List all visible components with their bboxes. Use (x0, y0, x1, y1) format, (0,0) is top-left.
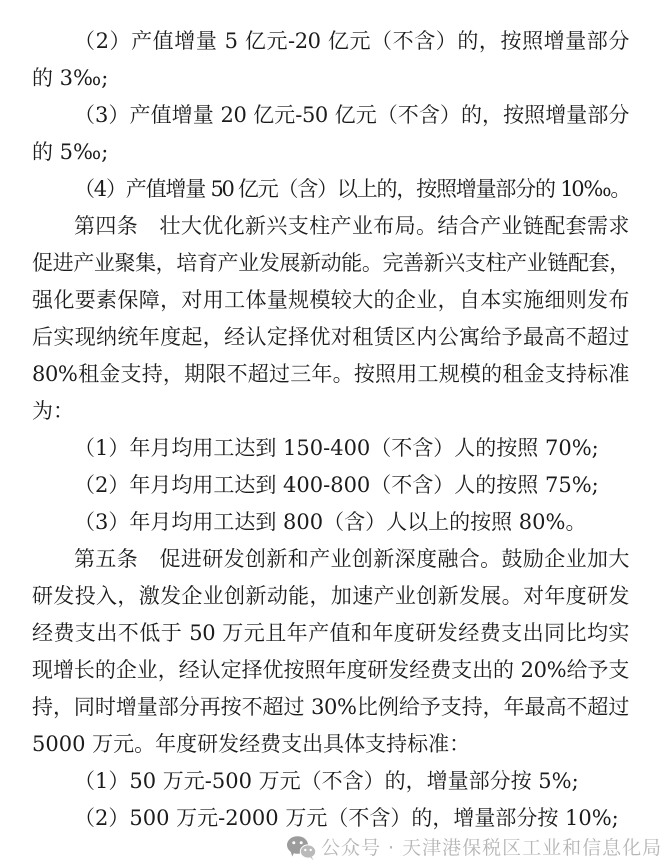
text-line: 的 3‰; (32, 60, 629, 97)
paragraph-article-5-item-2: （2）500 万元-2000 万元（不含）的，增量部分按 10%; (32, 800, 629, 837)
paragraph-clause-item-2: （2）产值增量 5 亿元-20 亿元（不含）的，按照增量部分的 3‰; (32, 23, 629, 97)
text-line: 第四条 壮大优化新兴支柱产业布局。结合产业链配套需求 (32, 208, 629, 245)
paragraph-article-4: 第四条 壮大优化新兴支柱产业布局。结合产业链配套需求促进产业聚集，培育产业发展新… (32, 208, 629, 430)
paragraph-article-5: 第五条 促进研发创新和产业创新深度融合。鼓励企业加大研发投入，激发企业创新动能，… (32, 541, 629, 763)
document-page: （2）产值增量 5 亿元-20 亿元（不含）的，按照增量部分的 3‰;（3）产值… (0, 0, 669, 866)
text-line: 研发投入，激发企业创新动能，加速产业创新发展。对年度研发 (32, 578, 629, 615)
watermark-text: 公众号 · 天津港保税区工业和信息化局 (321, 835, 662, 861)
paragraph-article-5-item-1: （1）50 万元-500 万元（不含）的，增量部分按 5%; (32, 763, 629, 800)
text-line: 为： (32, 393, 629, 430)
text-line: （1）50 万元-500 万元（不含）的，增量部分按 5%; (32, 763, 629, 800)
wechat-icon (286, 835, 316, 861)
text-line: 的 5‰; (32, 134, 629, 171)
text-line: （4）产值增量 50 亿元（含）以上的，按照增量部分的 10‰。 (32, 171, 629, 208)
text-line: （2）500 万元-2000 万元（不含）的，增量部分按 10%; (32, 800, 629, 837)
text-line: （1）年月均用工达到 150-400（不含）人的按照 70%; (32, 430, 629, 467)
paragraph-article-4-item-3: （3）年月均用工达到 800（含）人以上的按照 80%。 (32, 504, 629, 541)
paragraph-article-4-item-1: （1）年月均用工达到 150-400（不含）人的按照 70%; (32, 430, 629, 467)
paragraph-clause-item-4: （4）产值增量 50 亿元（含）以上的，按照增量部分的 10‰。 (32, 171, 629, 208)
text-line: （2）产值增量 5 亿元-20 亿元（不含）的，按照增量部分 (32, 23, 629, 60)
paragraph-article-4-item-2: （2）年月均用工达到 400-800（不含）人的按照 75%; (32, 467, 629, 504)
text-line: 后实现纳统年度起，经认定择优对租赁区内公寓给予最高不超过 (32, 319, 629, 356)
text-line: （3）年月均用工达到 800（含）人以上的按照 80%。 (32, 504, 629, 541)
document-body: （2）产值增量 5 亿元-20 亿元（不含）的，按照增量部分的 3‰;（3）产值… (32, 23, 629, 837)
text-line: 80%租金支持，期限不超过三年。按照用工规模的租金支持标准 (32, 356, 629, 393)
paragraph-clause-item-3: （3）产值增量 20 亿元-50 亿元（不含）的，按照增量部分的 5‰; (32, 97, 629, 171)
text-line: 第五条 促进研发创新和产业创新深度融合。鼓励企业加大 (32, 541, 629, 578)
watermark: 公众号 · 天津港保税区工业和信息化局 (286, 835, 662, 861)
text-line: 经费支出不低于 50 万元且年产值和年度研发经费支出同比均实 (32, 615, 629, 652)
text-line: （2）年月均用工达到 400-800（不含）人的按照 75%; (32, 467, 629, 504)
text-line: 现增长的企业，经认定择优按照年度研发经费支出的 20%给予支 (32, 652, 629, 689)
text-line: 促进产业聚集，培育产业发展新动能。完善新兴支柱产业链配套， (32, 245, 629, 282)
text-line: （3）产值增量 20 亿元-50 亿元（不含）的，按照增量部分 (32, 97, 629, 134)
text-line: 5000 万元。年度研发经费支出具体支持标准： (32, 726, 629, 763)
text-line: 强化要素保障，对用工体量规模较大的企业，自本实施细则发布 (32, 282, 629, 319)
text-line: 持，同时增量部分再按不超过 30%比例给予支持，年最高不超过 (32, 689, 629, 726)
